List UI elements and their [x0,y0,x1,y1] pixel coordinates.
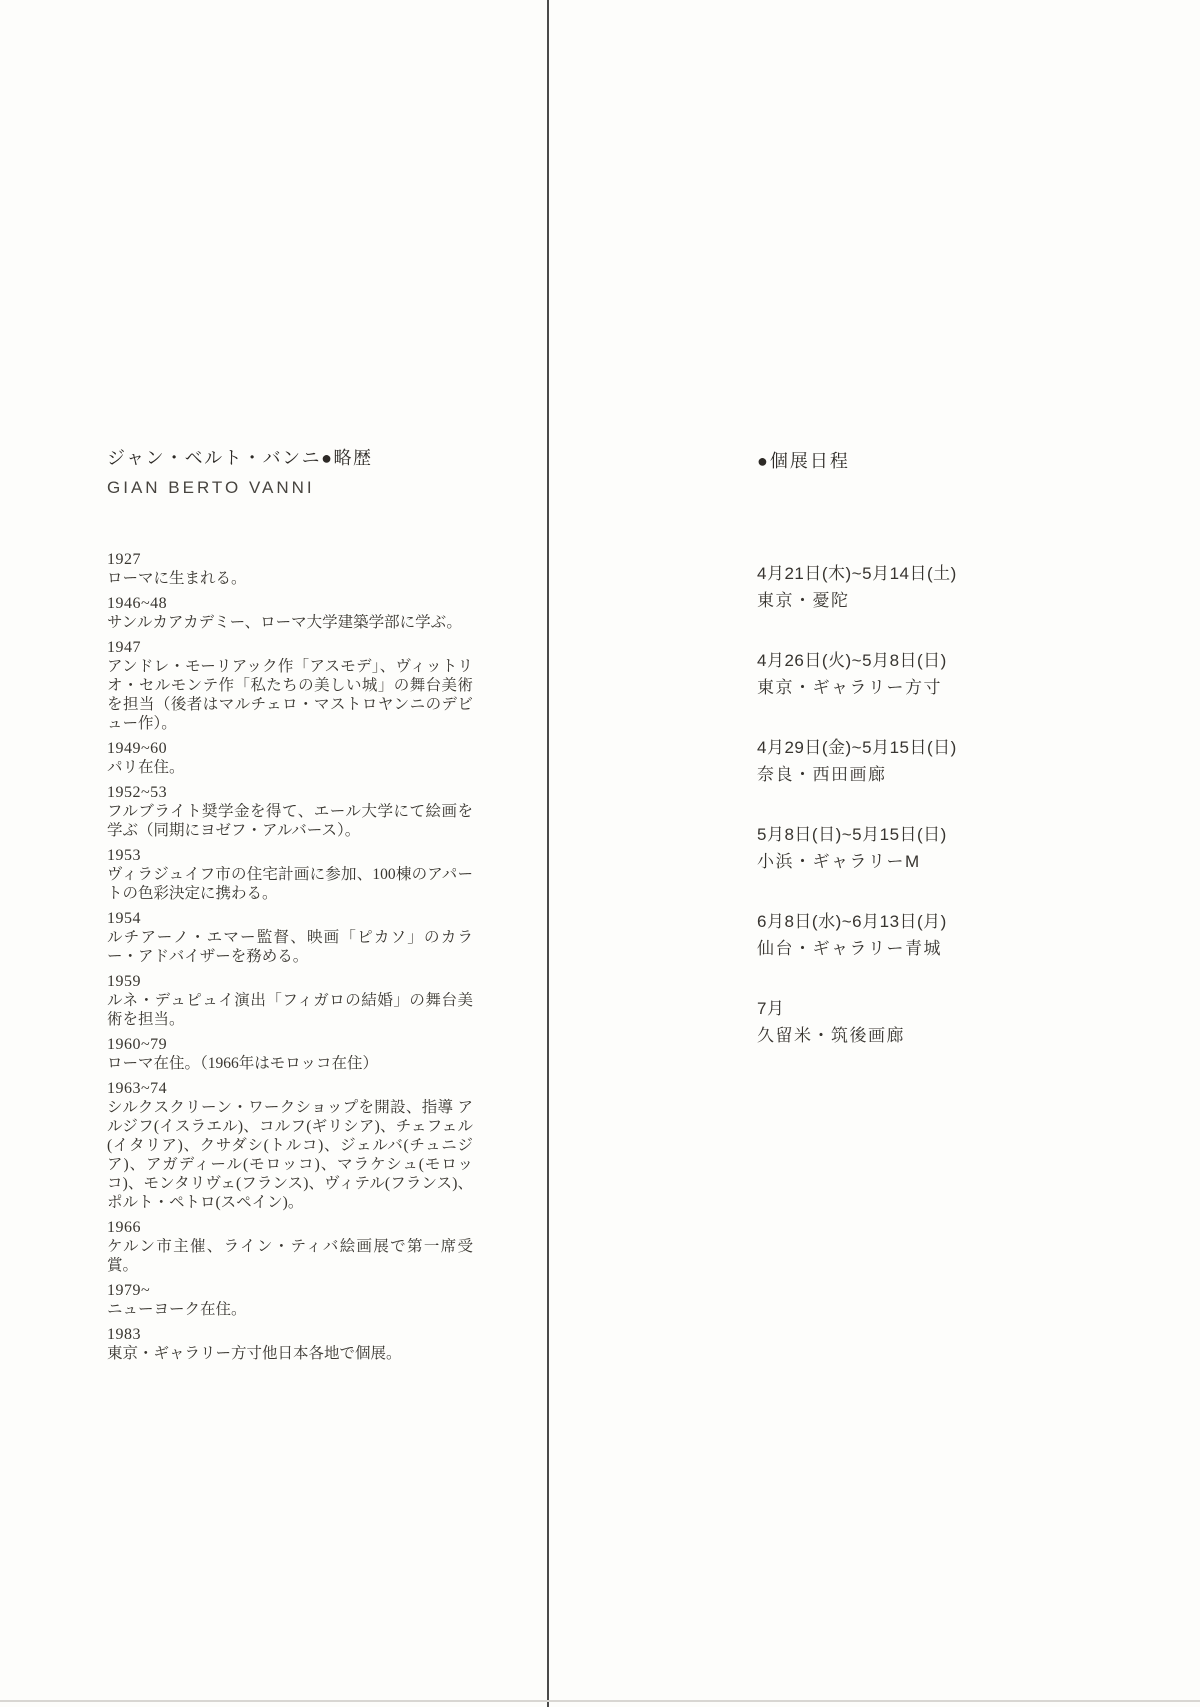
schedule-item-nara-nishida: 4月29日(金)~5月15日(日) 奈良・西田画廊 [757,734,1147,788]
bio-entry-text: ローマに生まれる。 [107,569,473,588]
bio-entry-1953: 1953 ヴィラジュイフ市の住宅計画に参加、100棟のアパートの色彩決定に携わる… [107,846,473,903]
bio-entry-text: ヴィラジュイフ市の住宅計画に参加、100棟のアパートの色彩決定に携わる。 [107,865,473,903]
schedule-venue: 久留米・筑後画廊 [757,1022,1147,1049]
bio-entry-1949-60: 1949~60 パリ在住。 [107,739,473,777]
bio-entry-year: 1960~79 [107,1035,473,1054]
bio-entry-text: ローマ在住。（1966年はモロッコ在住） [107,1054,473,1073]
schedule-items: 4月21日(木)~5月14日(土) 東京・憂陀 4月26日(火)~5月8日(日)… [757,560,1147,1049]
schedule-item-tokyo-udo: 4月21日(木)~5月14日(土) 東京・憂陀 [757,560,1147,614]
bio-entry-year: 1954 [107,909,473,928]
column-divider-rule [547,0,549,1707]
bio-entry-text: ニューヨーク在住。 [107,1300,473,1319]
bio-entry-text: フルブライト奨学金を得て、エール大学にて絵画を学ぶ（同期にヨゼフ・アルバース）。 [107,802,473,840]
schedule-date: 4月26日(火)~5月8日(日) [757,647,1147,674]
bio-entry-year: 1983 [107,1325,473,1344]
bio-entry-1966: 1966 ケルン市主催、ライン・ティバ絵画展で第一席受賞。 [107,1218,473,1275]
bio-entry-1959: 1959 ルネ・デュピュイ演出「フィガロの結婚」の舞台美術を担当。 [107,972,473,1029]
schedule-item-kurume-chikugo: 7月 久留米・筑後画廊 [757,995,1147,1049]
bio-entry-text: サンルカアカデミー、ローマ大学建築学部に学ぶ。 [107,613,473,632]
schedule-item-sendai-seijo: 6月8日(水)~6月13日(月) 仙台・ギャラリー青城 [757,908,1147,962]
bio-entry-text: パリ在住。 [107,758,473,777]
schedule-item-obama-gallery-m: 5月8日(日)~5月15日(日) 小浜・ギャラリーM [757,821,1147,875]
schedule-venue: 東京・ギャラリー方寸 [757,674,1147,701]
bio-entry-1947: 1947 アンドレ・モーリアック作「アスモデ」、ヴィットリオ・セルモンテ作「私た… [107,638,473,733]
bio-entry-year: 1966 [107,1218,473,1237]
bio-entry-text: シルクスクリーン・ワークショップを開設、指導 アルジフ(イスラエル)、コルフ(ギ… [107,1098,473,1212]
schedule-venue: 仙台・ギャラリー青城 [757,935,1147,962]
bio-entry-text: ケルン市主催、ライン・ティバ絵画展で第一席受賞。 [107,1237,473,1275]
bio-entry-year: 1959 [107,972,473,991]
bio-entry-1954: 1954 ルチアーノ・エマー監督、映画「ピカソ」のカラー・アドバイザーを務める。 [107,909,473,966]
bio-entry-text: ルチアーノ・エマー監督、映画「ピカソ」のカラー・アドバイザーを務める。 [107,928,473,966]
bio-entry-1960-79: 1960~79 ローマ在住。（1966年はモロッコ在住） [107,1035,473,1073]
schedule-venue: 奈良・西田画廊 [757,761,1147,788]
biography-title-japanese: ジャン・ベルト・バンニ●略歴 [107,447,473,469]
schedule-date: 6月8日(水)~6月13日(月) [757,908,1147,935]
schedule-date: 4月29日(金)~5月15日(日) [757,734,1147,761]
bio-entry-year: 1979~ [107,1281,473,1300]
schedule-date: 4月21日(木)~5月14日(土) [757,560,1147,587]
bottom-scan-hairline [0,1700,1200,1702]
bio-entry-text: 東京・ギャラリー方寸他日本各地で個展。 [107,1344,473,1363]
schedule-venue: 東京・憂陀 [757,587,1147,614]
bio-entry-1963-74: 1963~74 シルクスクリーン・ワークショップを開設、指導 アルジフ(イスラエ… [107,1079,473,1212]
bio-entry-year: 1946~48 [107,594,473,613]
schedule-title: ●個展日程 [757,450,1147,472]
bio-entry-year: 1952~53 [107,783,473,802]
biography-column: ジャン・ベルト・バンニ●略歴 GIAN BERTO VANNI 1927 ローマ… [107,447,473,1369]
bio-entry-year: 1927 [107,550,473,569]
exhibition-schedule-column: ●個展日程 4月21日(木)~5月14日(土) 東京・憂陀 4月26日(火)~5… [757,450,1147,1082]
bio-entry-1946-48: 1946~48 サンルカアカデミー、ローマ大学建築学部に学ぶ。 [107,594,473,632]
schedule-venue: 小浜・ギャラリーM [757,848,1147,875]
schedule-date: 7月 [757,995,1147,1022]
biography-title-roman: GIAN BERTO VANNI [107,478,473,498]
bio-entry-year: 1953 [107,846,473,865]
schedule-item-tokyo-hosun: 4月26日(火)~5月8日(日) 東京・ギャラリー方寸 [757,647,1147,701]
bio-entry-text: アンドレ・モーリアック作「アスモデ」、ヴィットリオ・セルモンテ作「私たちの美しい… [107,657,473,733]
biography-entries: 1927 ローマに生まれる。 1946~48 サンルカアカデミー、ローマ大学建築… [107,550,473,1363]
bio-entry-year: 1963~74 [107,1079,473,1098]
schedule-date: 5月8日(日)~5月15日(日) [757,821,1147,848]
bio-entry-year: 1947 [107,638,473,657]
bio-entry-1983: 1983 東京・ギャラリー方寸他日本各地で個展。 [107,1325,473,1363]
bio-entry-text: ルネ・デュピュイ演出「フィガロの結婚」の舞台美術を担当。 [107,991,473,1029]
bio-entry-1979: 1979~ ニューヨーク在住。 [107,1281,473,1319]
bio-entry-year: 1949~60 [107,739,473,758]
bio-entry-1952-53: 1952~53 フルブライト奨学金を得て、エール大学にて絵画を学ぶ（同期にヨゼフ… [107,783,473,840]
bio-entry-1927: 1927 ローマに生まれる。 [107,550,473,588]
pamphlet-page: ジャン・ベルト・バンニ●略歴 GIAN BERTO VANNI 1927 ローマ… [0,0,1200,1707]
